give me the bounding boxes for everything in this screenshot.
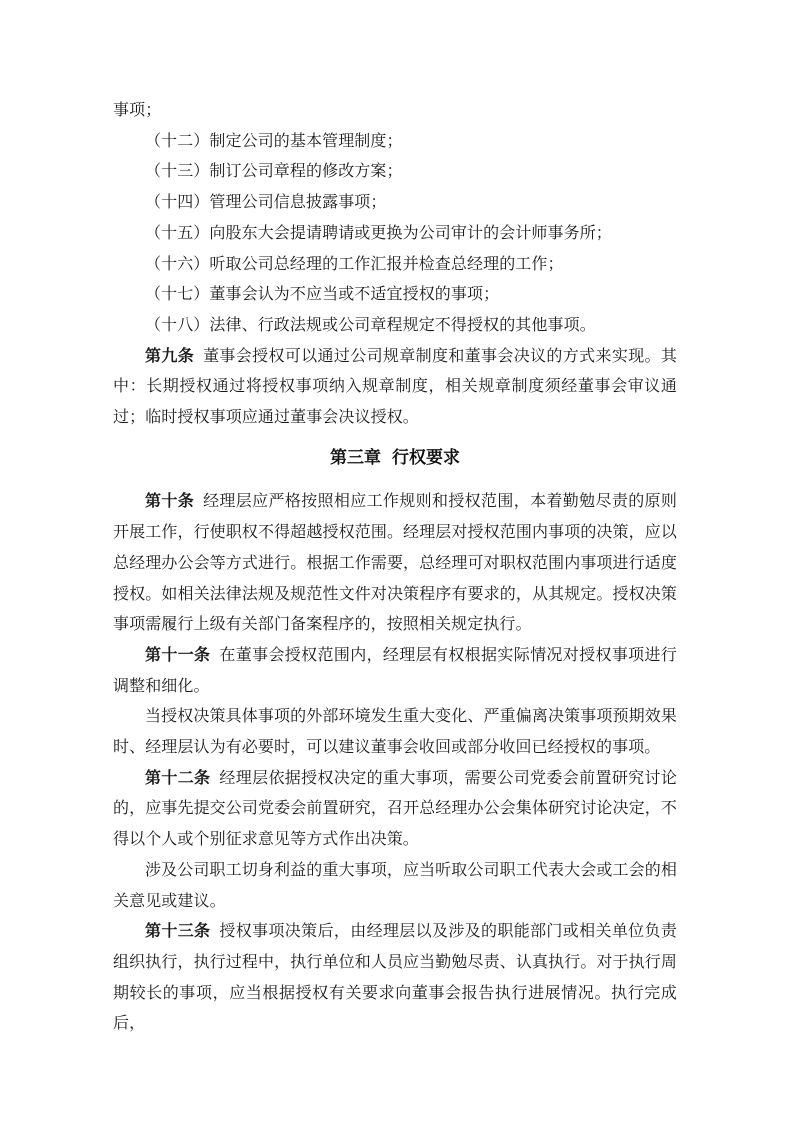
paragraph-text: 涉及公司职工切身利益的重大事项，应当听取公司职工代表大会或工会的相关意见或建议。 — [113, 862, 677, 910]
document-page: 事项；（十二）制定公司的基本管理制度；（十三）制订公司章程的修改方案；（十四）管… — [0, 0, 793, 1122]
paragraph-text: 董事会授权可以通过公司规章制度和董事会决议的方式来实现。其中：长期授权通过将授权… — [113, 348, 677, 426]
chapter-heading: 第三章行权要求 — [113, 443, 677, 474]
chapter-title: 行权要求 — [392, 448, 460, 467]
paragraph-text: （十三）制订公司章程的修改方案； — [145, 163, 403, 180]
paragraph-text: （十五）向股东大会提请聘请或更换为公司审计的会计师事务所； — [145, 225, 612, 242]
article-number: 第十条 — [145, 493, 194, 510]
article: 第十条经理层应严格按照相应工作规则和授权范围，本着勤勉尽责的原则开展工作，行使职… — [113, 487, 677, 641]
list-item: （十八）法律、行政法规或公司章程规定不得授权的其他事项。 — [113, 311, 677, 342]
article-number: 第十三条 — [145, 923, 210, 940]
paragraph: 当授权决策具体事项的外部环境发生重大变化、严重偏离决策事项预期效果时、经理层认为… — [113, 702, 677, 763]
paragraph-text: （十七）董事会认为不应当或不适宜授权的事项； — [145, 286, 499, 303]
paragraph-text: 经理层应严格按照相应工作规则和授权范围，本着勤勉尽责的原则开展工作，行使职权不得… — [113, 493, 677, 633]
paragraph-text: 当授权决策具体事项的外部环境发生重大变化、严重偏离决策事项预期效果时、经理层认为… — [113, 708, 677, 756]
article-number: 第十二条 — [145, 770, 210, 787]
article: 第十一条在董事会授权范围内，经理层有权根据实际情况对授权事项进行调整和细化。 — [113, 641, 677, 702]
paragraph-text: （十四）管理公司信息披露事项； — [145, 194, 387, 211]
paragraph-text: （十八）法律、行政法规或公司章程规定不得授权的其他事项。 — [145, 317, 596, 334]
paragraph-text: （十六）听取公司总经理的工作汇报并检查总经理的工作； — [145, 256, 564, 273]
article-number: 第九条 — [145, 348, 194, 365]
chapter-number: 第三章 — [330, 448, 381, 467]
list-item: （十四）管理公司信息披露事项； — [113, 188, 677, 219]
paragraph-text: （十二）制定公司的基本管理制度； — [145, 133, 403, 150]
list-item: （十五）向股东大会提请聘请或更换为公司审计的会计师事务所； — [113, 219, 677, 250]
document-content: 事项；（十二）制定公司的基本管理制度；（十三）制订公司章程的修改方案；（十四）管… — [113, 96, 677, 1040]
article-number: 第十一条 — [145, 647, 210, 664]
paragraph: 涉及公司职工切身利益的重大事项，应当听取公司职工代表大会或工会的相关意见或建议。 — [113, 856, 677, 917]
article: 第十二条经理层依据授权决定的重大事项，需要公司党委会前置研究讨论的，应事先提交公… — [113, 764, 677, 856]
continuation: 事项； — [113, 96, 677, 127]
paragraph-text: 事项； — [113, 102, 161, 119]
article: 第九条董事会授权可以通过公司规章制度和董事会决议的方式来实现。其中：长期授权通过… — [113, 342, 677, 434]
list-item: （十六）听取公司总经理的工作汇报并检查总经理的工作； — [113, 250, 677, 281]
list-item: （十七）董事会认为不应当或不适宜授权的事项； — [113, 280, 677, 311]
list-item: （十三）制订公司章程的修改方案； — [113, 157, 677, 188]
list-item: （十二）制定公司的基本管理制度； — [113, 127, 677, 158]
article: 第十三条授权事项决策后，由经理层以及涉及的职能部门或相关单位负责组织执行，执行过… — [113, 917, 677, 1040]
